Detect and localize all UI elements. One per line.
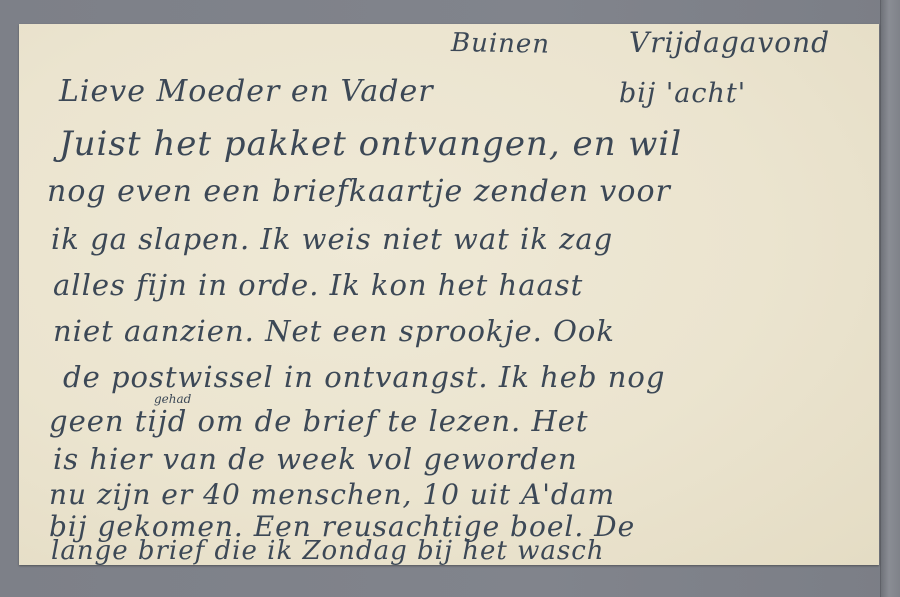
scanner-edge-strip	[880, 0, 900, 597]
header-place: Buinen	[451, 28, 551, 60]
body-line-7: geen tijd om de brief te lezen. Het	[49, 404, 589, 438]
header-day: Vrijdagavond	[629, 26, 830, 59]
salutation: Lieve Moeder en Vader	[59, 74, 434, 109]
header-time: bij 'acht'	[619, 78, 746, 109]
body-line-11: lange brief die ik Zondag bij het wasch	[51, 536, 605, 566]
body-line-4: alles fijn in orde. Ik kon het haast	[53, 268, 583, 302]
body-line-2: nog even een briefkaartje zenden voor	[47, 174, 671, 209]
body-line-1: Juist het pakket ontvangen, en wil	[59, 124, 682, 164]
body-line-6: de postwissel in ontvangst. Ik heb nog	[63, 360, 665, 394]
body-line-9: nu zijn er 40 menschen, 10 uit A'dam	[49, 478, 615, 511]
body-line-3: ik ga slapen. Ik weis niet wat ik zag	[51, 222, 613, 256]
body-line-8: is hier van de week vol geworden	[53, 442, 578, 476]
postcard: Buinen Vrijdagavond Lieve Moeder en Vade…	[19, 24, 879, 565]
body-line-5: niet aanzien. Net een sprookje. Ook	[53, 314, 615, 348]
